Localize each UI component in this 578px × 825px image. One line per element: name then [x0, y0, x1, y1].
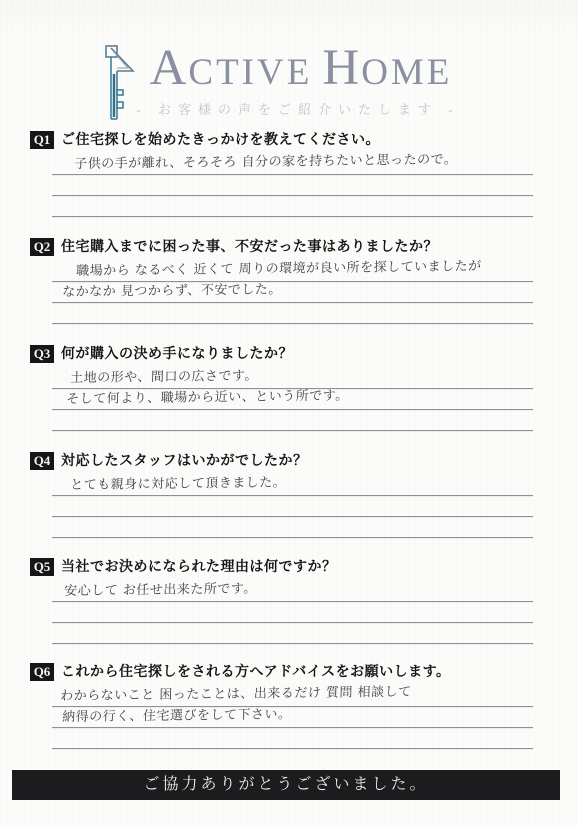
handwritten-answer: なかなか 見つからず、不安でした。 [62, 279, 282, 303]
brand-initial-2: H [322, 40, 361, 96]
question-text: 当社でお決めになられた理由は何ですか？ [61, 558, 337, 577]
handwritten-answer: とても親身に対応して頂きました。 [70, 472, 286, 496]
answer-line: とても親身に対応して頂きました。 [52, 475, 533, 496]
answer-line [52, 517, 533, 538]
answer-lines: 職場から なるべく 近くて 周りの環境が良い所を探していましたが なかなか 見つ… [52, 261, 533, 324]
answer-lines: 安心して お任せ出来た所です。 [52, 581, 533, 644]
handwritten-answer: 土地の形や、間口の広さです。 [70, 366, 258, 389]
question-number-badge: Q3 [30, 345, 54, 363]
question-row: Q6 これから住宅探しをされる方へアドバイスをお願いします。 [30, 663, 533, 682]
question-block-q4: Q4 対応したスタッフはいかがでしたか？ とても親身に対応して頂きました。 [30, 452, 533, 538]
question-text: これから住宅探しをされる方へアドバイスをお願いします。 [61, 663, 451, 682]
answer-line [52, 728, 533, 749]
question-text: 住宅購入までに困った事、不安だった事はありましたか？ [61, 238, 438, 257]
question-number-badge: Q6 [30, 663, 54, 681]
handwritten-answer: わからないこと 困ったことは、出来るだけ 質問 相談して [60, 682, 412, 707]
answer-line: 職場から なるべく 近くて 周りの環境が良い所を探していましたが [52, 261, 533, 282]
answer-line: 子供の手が離れ、そろそろ 自分の家を持ちたいと思ったので。 [52, 154, 533, 175]
answer-line: なかなか 見つからず、不安でした。 [52, 282, 533, 303]
answer-lines: わからないこと 困ったことは、出来るだけ 質問 相談して 納得の行く、住宅選びを… [52, 686, 533, 749]
brand-initial-1: A [150, 40, 189, 96]
answer-line: 納得の行く、住宅選びをして下さい。 [52, 707, 533, 728]
brand-rest-2: OME [361, 52, 452, 93]
answer-line [52, 623, 533, 644]
question-block-q1: Q1 ご住宅探しを始めたきっかけを教えてください。 子供の手が離れ、そろそろ 自… [30, 131, 533, 217]
handwritten-answer: 納得の行く、住宅選びをして下さい。 [62, 704, 292, 728]
question-row: Q4 対応したスタッフはいかがでしたか？ [30, 452, 533, 471]
answer-line [52, 602, 533, 623]
brand-rest-1: CTIVE [188, 52, 312, 93]
answer-line [52, 196, 533, 217]
question-text: 対応したスタッフはいかがでしたか？ [61, 452, 308, 471]
question-block-q3: Q3 何が購入の決め手になりましたか？ 土地の形や、間口の広さです。 そして何よ… [30, 345, 533, 431]
handwritten-answer: 安心して お任せ出来た所です。 [64, 579, 257, 602]
answer-line [52, 303, 533, 324]
brand-logo-text: ACTIVEHOME [140, 40, 462, 96]
answer-line [52, 175, 533, 196]
handwritten-answer: そして何より、職場から近い、という所です。 [66, 386, 349, 410]
answer-line: わからないこと 困ったことは、出来るだけ 質問 相談して [52, 686, 533, 707]
question-text: ご住宅探しを始めたきっかけを教えてください。 [61, 131, 380, 150]
answer-line: そして何より、職場から近い、という所です。 [52, 389, 533, 410]
question-block-q2: Q2 住宅購入までに困った事、不安だった事はありましたか？ 職場から なるべく … [30, 238, 533, 324]
question-block-q5: Q5 当社でお決めになられた理由は何ですか？ 安心して お任せ出来た所です。 [30, 558, 533, 644]
answer-lines: 子供の手が離れ、そろそろ 自分の家を持ちたいと思ったので。 [52, 154, 533, 217]
question-number-badge: Q1 [30, 131, 54, 149]
question-text: 何が購入の決め手になりましたか？ [61, 345, 293, 364]
question-row: Q2 住宅購入までに困った事、不安だった事はありましたか？ [30, 238, 533, 257]
question-number-badge: Q2 [30, 238, 54, 256]
question-number-badge: Q4 [30, 452, 54, 470]
question-block-q6: Q6 これから住宅探しをされる方へアドバイスをお願いします。 わからないこと 困… [30, 663, 533, 749]
question-row: Q5 当社でお決めになられた理由は何ですか？ [30, 558, 533, 577]
question-row: Q1 ご住宅探しを始めたきっかけを教えてください。 [30, 131, 533, 150]
answer-line [52, 410, 533, 431]
answer-line [52, 496, 533, 517]
handwritten-answer: 職場から なるべく 近くて 周りの環境が良い所を探していましたが [76, 256, 482, 282]
brand-tagline: - お客様の声をご紹介いたします - [118, 99, 478, 118]
footer-message: ご協力ありがとうございました。 [143, 776, 428, 793]
answer-line: 安心して お任せ出来た所です。 [52, 581, 533, 602]
answer-lines: 土地の形や、間口の広さです。 そして何より、職場から近い、という所です。 [52, 368, 533, 431]
handwritten-answer: 子供の手が離れ、そろそろ 自分の家を持ちたいと思ったので。 [74, 149, 458, 175]
question-row: Q3 何が購入の決め手になりましたか？ [30, 345, 533, 364]
footer-thanks-bar: ご協力ありがとうございました。 [12, 770, 560, 800]
answer-lines: とても親身に対応して頂きました。 [52, 475, 533, 538]
question-number-badge: Q5 [30, 558, 54, 576]
